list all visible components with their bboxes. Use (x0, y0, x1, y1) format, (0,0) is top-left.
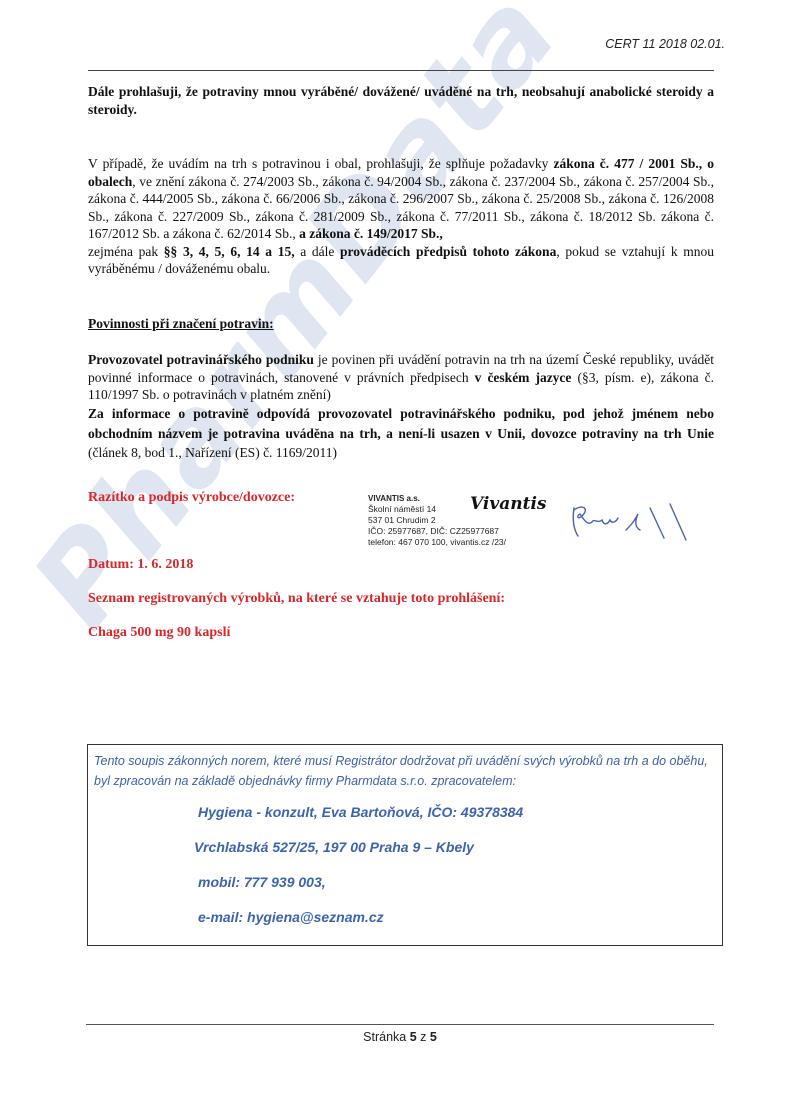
packaging-declaration: V případě, že uvádím na trh s potravinou… (88, 155, 714, 278)
processor-address: Vrchlabská 527/25, 197 00 Praha 9 – Kbel… (194, 839, 474, 855)
cert-code: CERT 11 2018 02.01. (605, 37, 725, 51)
processor-email: e-mail: hygiena@seznam.cz (198, 909, 384, 925)
document-page: CERT 11 2018 02.01. Dále prohlašuji, že … (0, 0, 800, 1100)
steroid-declaration: Dále prohlašuji, že potraviny mnou vyráb… (88, 83, 714, 118)
processor-box: Tento soupis zákonných norem, které musí… (87, 744, 723, 946)
processor-intro: Tento soupis zákonných norem, které musí… (94, 751, 718, 791)
processor-name: Hygiena - konzult, Eva Bartoňová, IČO: 4… (198, 804, 523, 820)
vivantis-logo: Vivantis (470, 494, 546, 514)
labeling-heading: Povinnosti při značení potravin: (88, 315, 714, 333)
handwritten-signature (568, 500, 708, 550)
header-rule (88, 70, 714, 71)
processor-mobile: mobil: 777 939 003, (198, 874, 326, 890)
product-item: Chaga 500 mg 90 kapslí (88, 624, 714, 642)
labeling-text: Provozovatel potravinářského podniku je … (88, 351, 714, 461)
date-line: Datum: 1. 6. 2018 (88, 556, 714, 574)
products-heading: Seznam registrovaných výrobků, na které … (88, 590, 714, 608)
footer-rule (86, 1024, 714, 1025)
page-number: Stránka 5 z 5 (0, 1030, 800, 1044)
